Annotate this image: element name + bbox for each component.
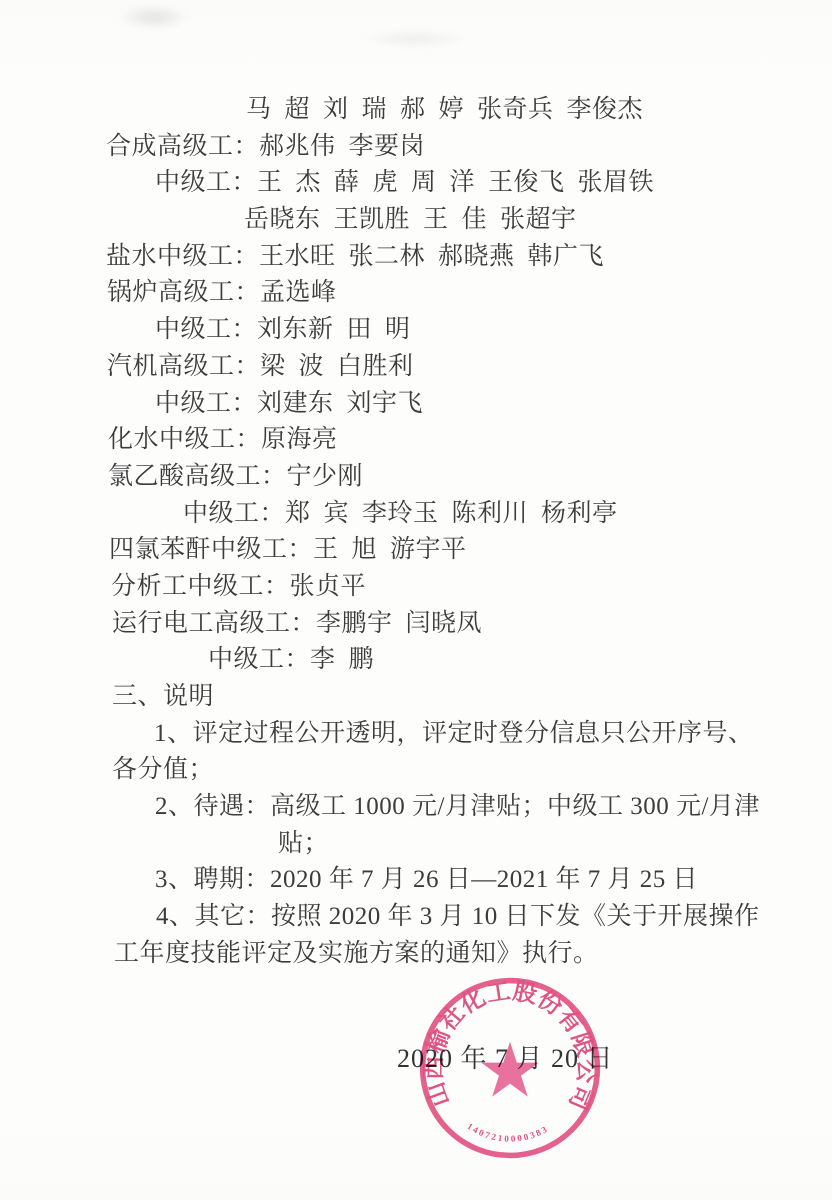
doc-line: 锅炉高级工：孟选峰 <box>107 275 832 312</box>
doc-line: 氯乙酸高级工：宁少刚 <box>108 459 832 496</box>
company-seal-stamp: 山西榆社化工股份有限公司 1407210000383 <box>414 972 606 1164</box>
doc-line: 中级工：郑 宾 李玲玉 陈利川 杨利亭 <box>183 496 832 533</box>
doc-line: 分析工中级工：张贞平 <box>111 569 832 606</box>
seal-number-text: 1407210000383 <box>465 1121 550 1144</box>
doc-line: 3、聘期：2020 年 7 月 26 日—2021 年 7 月 25 日 <box>155 862 832 899</box>
doc-line: 中级工：王 杰 薛 虎 周 洋 王俊飞 张眉铁 <box>155 165 832 202</box>
doc-line: 合成高级工：郝兆伟 李要岗 <box>106 129 832 166</box>
doc-line: 1、评定过程公开透明，评定时登分信息只公开序号、 <box>154 716 832 753</box>
document-lines: 马 超 刘 瑞 郝 婷 张奇兵 李俊杰合成高级工：郝兆伟 李要岗中级工：王 杰 … <box>0 0 832 973</box>
doc-line: 2、待遇：高级工 1000 元/月津贴；中级工 300 元/月津 <box>155 789 832 826</box>
doc-line: 马 超 刘 瑞 郝 婷 张奇兵 李俊杰 <box>246 92 832 129</box>
doc-line: 中级工：李 鹏 <box>208 642 832 679</box>
star-icon <box>481 1042 539 1097</box>
doc-line: 汽机高级工：梁 波 白胜利 <box>107 349 832 386</box>
doc-line: 岳晓东 王凯胜 王 佳 张超宇 <box>244 202 832 239</box>
doc-line: 中级工：刘建东 刘宇飞 <box>155 386 832 423</box>
doc-line: 化水中级工：原海亮 <box>108 422 832 459</box>
doc-line: 4、其它：按照 2020 年 3 月 10 日下发《关于开展操作 <box>156 899 832 936</box>
doc-line: 各分值； <box>112 752 832 789</box>
doc-line: 三、说明 <box>112 679 832 716</box>
svg-text:1407210000383: 1407210000383 <box>465 1121 550 1144</box>
doc-line: 运行电工高级工：李鹏宇 闫晓凤 <box>112 606 832 643</box>
doc-line: 盐水中级工：王水旺 张二林 郝晓燕 韩广飞 <box>106 239 832 276</box>
doc-line: 四氯苯酐中级工：王 旭 游宇平 <box>109 532 832 569</box>
doc-line: 工年度技能评定及实施方案的通知》执行。 <box>114 936 832 973</box>
scanned-document-page: 马 超 刘 瑞 郝 婷 张奇兵 李俊杰合成高级工：郝兆伟 李要岗中级工：王 杰 … <box>0 0 832 1200</box>
doc-line: 中级工：刘东新 田 明 <box>155 312 832 349</box>
doc-line: 贴； <box>278 826 832 863</box>
